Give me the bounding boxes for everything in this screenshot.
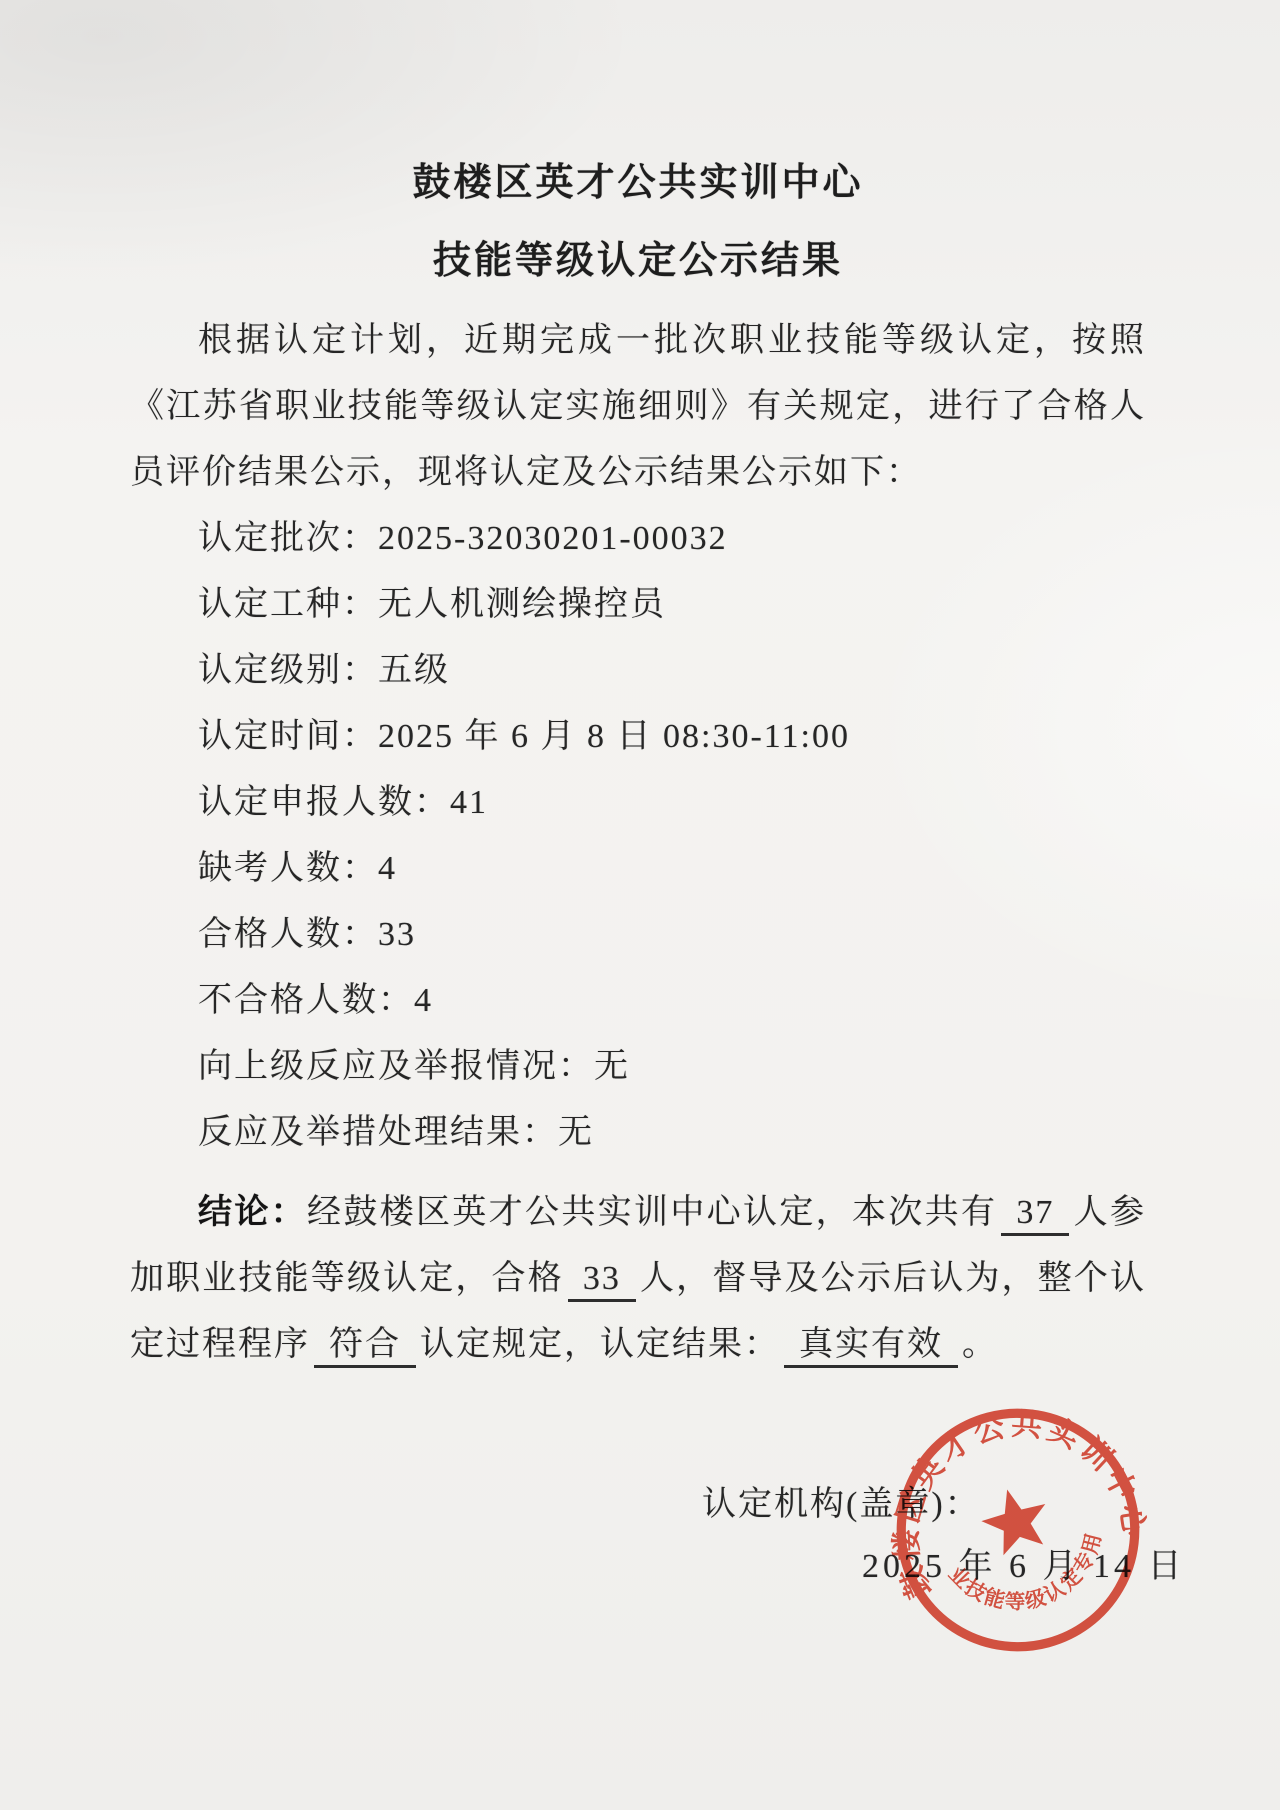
field-row-level: 认定级别：五级 (130, 638, 1146, 704)
field-value: 无 (558, 1114, 594, 1151)
field-label: 认定批次： (198, 520, 378, 557)
conclusion-paragraph: 结论：经鼓楼区英才公共实训中心认定，本次共有37人参加职业技能等级认定，合格33… (130, 1180, 1146, 1378)
field-list: 认定批次：2025-32030201-00032 认定工种：无人机测绘操控员 认… (130, 506, 1146, 1166)
field-value: 2025 年 6 月 8 日 08:30-11:00 (378, 718, 850, 755)
field-label: 缺考人数： (198, 850, 378, 887)
field-row-reports: 向上级反应及举报情况：无 (130, 1034, 1146, 1100)
field-row-failed: 不合格人数：4 (130, 968, 1146, 1034)
page-title-line1: 鼓楼区英才公共实训中心 (130, 150, 1146, 216)
blank-procedure: 符合 (314, 1325, 416, 1368)
document-content: 鼓楼区英才公共实训中心 技能等级认定公示结果 根据认定计划，近期完成一批次职业技… (130, 150, 1146, 1378)
field-value: 无 (594, 1048, 630, 1085)
page-title-line2: 技能等级认定公示结果 (130, 228, 1146, 294)
field-value: 五级 (378, 652, 450, 689)
field-label: 不合格人数： (198, 982, 414, 1019)
blank-passed-count: 33 (568, 1259, 636, 1302)
field-label: 向上级反应及举报情况： (198, 1048, 594, 1085)
conclusion-text: 经鼓楼区英才公共实训中心认定，本次共有 (307, 1194, 997, 1231)
field-value: 2025-32030201-00032 (378, 520, 728, 557)
field-label: 认定申报人数： (198, 784, 450, 821)
field-label: 认定级别： (198, 652, 378, 689)
field-label: 合格人数： (198, 916, 378, 953)
field-row-applicants: 认定申报人数：41 (130, 770, 1146, 836)
official-seal: 鼓楼区英才公共实训中心 职业技能等级认定专用章 (861, 1373, 1175, 1687)
blank-total-participants: 37 (1001, 1193, 1069, 1236)
blank-result: 真实有效 (784, 1325, 958, 1368)
document-page: 鼓楼区英才公共实训中心 技能等级认定公示结果 根据认定计划，近期完成一批次职业技… (0, 0, 1280, 1810)
conclusion-text: 。 (962, 1326, 998, 1363)
field-value: 33 (378, 916, 416, 953)
field-value: 4 (378, 850, 397, 887)
field-row-time: 认定时间：2025 年 6 月 8 日 08:30-11:00 (130, 704, 1146, 770)
field-value: 无人机测绘操控员 (378, 586, 666, 623)
star-icon (975, 1481, 1055, 1559)
field-row-batch: 认定批次：2025-32030201-00032 (130, 506, 1146, 572)
field-row-handling: 反应及举措处理结果：无 (130, 1100, 1146, 1166)
field-row-occupation: 认定工种：无人机测绘操控员 (130, 572, 1146, 638)
conclusion-text: 认定规定，认定结果： (420, 1326, 780, 1363)
conclusion-label: 结论： (198, 1194, 307, 1231)
field-label: 认定时间： (198, 718, 378, 755)
field-row-absent: 缺考人数：4 (130, 836, 1146, 902)
field-row-passed: 合格人数：33 (130, 902, 1146, 968)
field-label: 认定工种： (198, 586, 378, 623)
field-label: 反应及举措处理结果： (198, 1114, 558, 1151)
field-value: 41 (450, 784, 488, 821)
field-value: 4 (414, 982, 433, 1019)
intro-paragraph: 根据认定计划，近期完成一批次职业技能等级认定，按照《江苏省职业技能等级认定实施细… (130, 308, 1146, 506)
